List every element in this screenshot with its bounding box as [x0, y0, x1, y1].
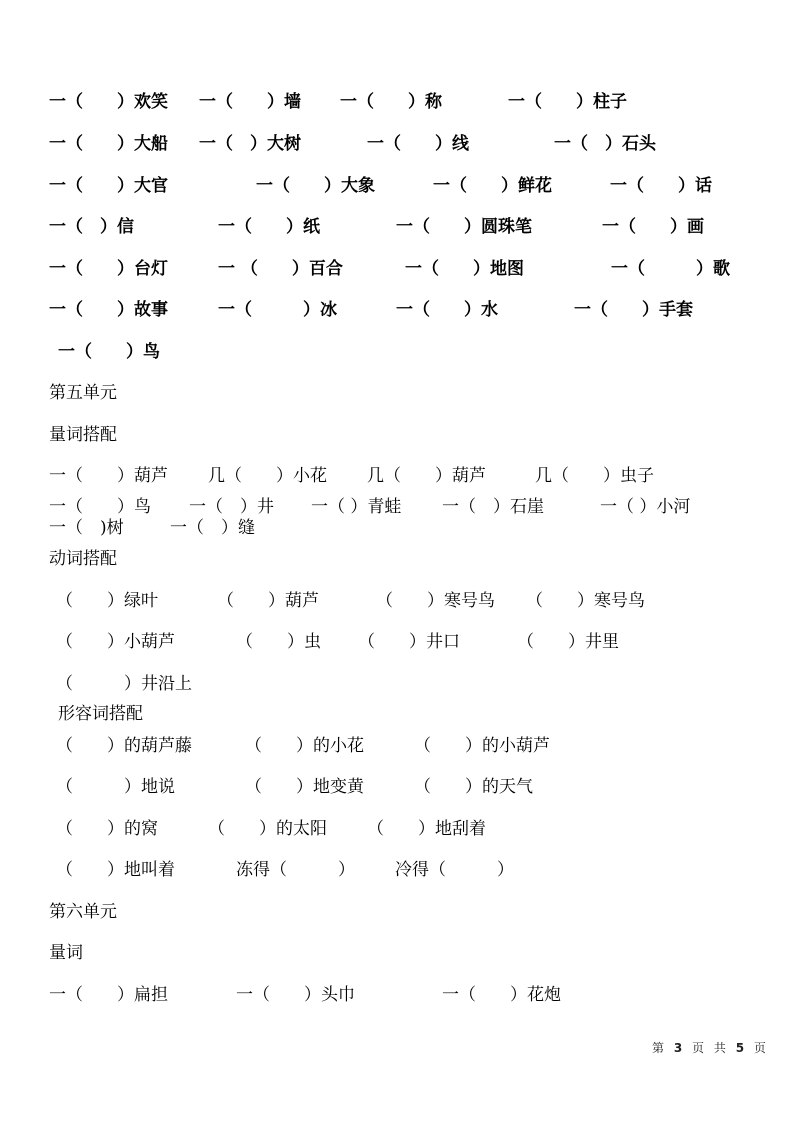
exercise-row: （ ）的葫芦藤（ ）的小花（ ）的小葫芦 [0, 734, 793, 758]
exercise-row: （ ）绿叶（ ）葫芦（ ）寒号鸟（ ）寒号鸟 [0, 589, 793, 613]
footer-suffix: 页 [754, 1041, 769, 1055]
footer-prefix: 第 [652, 1041, 667, 1055]
fill-blank-item: 一（ ）扁担 [49, 983, 168, 1007]
fill-blank-item: 一（ ）大官 [49, 174, 168, 198]
fill-blank-item: 几（ ）虫子 [535, 464, 654, 488]
fill-blank-item: 一（ ）石头 [554, 132, 656, 156]
fill-blank-item: （ ）小葫芦 [56, 630, 175, 654]
unit-title: 第六单元 [49, 900, 117, 924]
exercise-row: 一（ ）大官一（ ）大象一（ ）鲜花一（ ）话 [0, 174, 793, 198]
fill-blank-item: 一（ ）线 [367, 132, 469, 156]
fill-blank-item: 一（ )树 [49, 516, 124, 540]
section-heading: 形容词搭配 [58, 702, 143, 726]
fill-blank-item: 一（ ）歌 [611, 257, 730, 281]
page-footer: 第 3 页 共 5 页 [652, 1039, 769, 1056]
fill-blank-item: 一（ ）纸 [218, 215, 320, 239]
fill-blank-item: 一（ ）大树 [199, 132, 301, 156]
exercise-row: 一（ ）扁担一（ ）头巾一（ ）花炮 [0, 983, 793, 1007]
section-heading: 量词 [49, 941, 83, 965]
exercise-row: 一（ )树一（ ）缝 [0, 516, 793, 540]
fill-blank-item: 一（ ）水 [396, 298, 498, 322]
fill-blank-item: 几（ ）小花 [208, 464, 327, 488]
fill-blank-item: 冷得（ ） [395, 858, 514, 882]
fill-blank-item: 一（ ）大象 [256, 174, 375, 198]
exercise-row: （ ）小葫芦（ ）虫（ ）井口（ ）井里 [0, 630, 793, 654]
fill-blank-item: 一（ ）柱子 [508, 90, 627, 114]
fill-blank-item: 一 （ ）百合 [218, 257, 343, 281]
fill-blank-item: 一（ ）话 [610, 174, 712, 198]
fill-blank-item: （ ）地刮着 [367, 817, 486, 841]
fill-blank-item: （ ）井里 [517, 630, 619, 654]
fill-blank-item: 一（ ）缝 [170, 516, 255, 540]
fill-blank-item: 一（ ）手套 [574, 298, 693, 322]
section-heading: 量词搭配 [49, 423, 117, 447]
fill-blank-item: （ ）的小葫芦 [414, 734, 550, 758]
fill-blank-item: （ ）地叫着 [56, 858, 175, 882]
fill-blank-item: （ ）绿叶 [56, 589, 158, 613]
fill-blank-item: 一（ ）台灯 [49, 257, 168, 281]
fill-blank-item: （ ）葫芦 [217, 589, 319, 613]
fill-blank-item: 一（ ）葫芦 [49, 464, 168, 488]
fill-blank-item: 一（ ）圆珠笔 [396, 215, 532, 239]
fill-blank-item: 一（ ）冰 [218, 298, 337, 322]
current-page-number: 3 [674, 1041, 685, 1055]
fill-blank-item: 一（ ）称 [340, 90, 442, 114]
fill-blank-item: 一（ ）鲜花 [433, 174, 552, 198]
fill-blank-item: （ ）的天气 [414, 775, 533, 799]
unit-title: 第五单元 [49, 381, 117, 405]
exercise-row: 一（ ）欢笑一（ ）墙一（ ）称一（ ）柱子 [0, 90, 793, 114]
fill-blank-item: （ ）寒号鸟 [526, 589, 645, 613]
exercise-row: 一（ ）鸟 [0, 340, 793, 364]
document-page: 一（ ）欢笑一（ ）墙一（ ）称一（ ）柱子一（ ）大船一（ ）大树一（ ）线一… [0, 0, 793, 1122]
exercise-row: （ ）地说（ ）地变黄（ ）的天气 [0, 775, 793, 799]
fill-blank-item: （ ）虫 [236, 630, 321, 654]
exercise-row: （ ）地叫着冻得（ ）冷得（ ） [0, 858, 793, 882]
exercise-row: 一（ ）故事一（ ）冰一（ ）水一（ ）手套 [0, 298, 793, 322]
exercise-row: （ ）井沿上 [0, 672, 793, 696]
fill-blank-item: 一（ ）墙 [199, 90, 301, 114]
fill-blank-item: 一（ ）花炮 [442, 983, 561, 1007]
fill-blank-item: 几（ ）葫芦 [367, 464, 486, 488]
exercise-row: 一（ ）葫芦几（ ）小花几（ ）葫芦几（ ）虫子 [0, 464, 793, 488]
fill-blank-item: 一（ ）欢笑 [49, 90, 168, 114]
fill-blank-item: （ ）井口 [358, 630, 460, 654]
fill-blank-item: （ ）井沿上 [56, 672, 192, 696]
footer-mid: 页 共 [692, 1041, 729, 1055]
fill-blank-item: 一（ ）鸟 [58, 340, 160, 364]
fill-blank-item: （ ）的太阳 [208, 817, 327, 841]
exercise-row: （ ）的窝（ ）的太阳（ ）地刮着 [0, 817, 793, 841]
fill-blank-item: 一（ ）头巾 [236, 983, 355, 1007]
fill-blank-item: （ ）的小花 [245, 734, 364, 758]
exercise-row: 一（ ）台灯一 （ ）百合一（ ）地图一（ ）歌 [0, 257, 793, 281]
exercise-row: 一（ ）信一（ ）纸一（ ）圆珠笔一（ ）画 [0, 215, 793, 239]
fill-blank-item: （ ）的葫芦藤 [56, 734, 192, 758]
fill-blank-item: 一（ ）信 [49, 215, 134, 239]
fill-blank-item: 冻得（ ） [236, 858, 355, 882]
total-page-number: 5 [736, 1041, 747, 1055]
section-heading: 动词搭配 [49, 547, 117, 571]
fill-blank-item: 一（ ）故事 [49, 298, 168, 322]
fill-blank-item: 一（ ）大船 [49, 132, 168, 156]
fill-blank-item: （ ）地变黄 [245, 775, 364, 799]
fill-blank-item: （ ）地说 [56, 775, 175, 799]
fill-blank-item: 一（ ）地图 [405, 257, 524, 281]
fill-blank-item: 一（ ）画 [602, 215, 704, 239]
fill-blank-item: （ ）的窝 [56, 817, 158, 841]
exercise-row: 一（ ）大船一（ ）大树一（ ）线一（ ）石头 [0, 132, 793, 156]
fill-blank-item: （ ）寒号鸟 [376, 589, 495, 613]
